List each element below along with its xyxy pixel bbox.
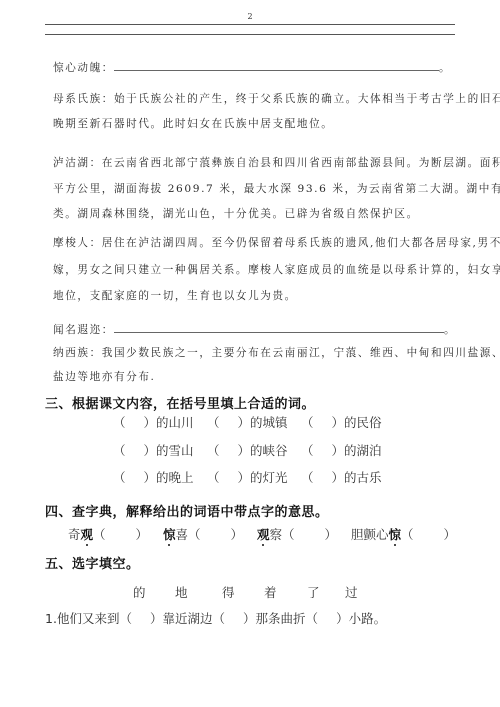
answer-blank[interactable] [114, 60, 439, 71]
close-paren: ） [332, 470, 345, 485]
close-paren: ） [336, 611, 349, 626]
fill-item: （）的雪山 [113, 441, 194, 459]
choice-char: 了 [307, 583, 320, 601]
vocab-jingxin-row: 惊心动魄：。 [53, 60, 451, 75]
vocab-term: 闻名遐迩： [53, 324, 114, 336]
choice-char: 地 [175, 583, 188, 601]
vocab-wenming-row: 闻名遐迩：。 [53, 322, 456, 337]
fill-item-text: 的湖泊 [344, 443, 382, 458]
open-paren: （ [282, 527, 295, 542]
question-text: 小路。 [349, 611, 387, 626]
vocab-luguhu-line3: 类。湖周森林围绕，湖光山色，十分优美。已辟为省级自然保护区。 [53, 206, 419, 221]
fill-item-text: 的民俗 [344, 415, 382, 430]
page-number: 2 [0, 12, 500, 21]
vocab-mosuo-line1: 摩梭人：居住在泸沽湖四周。至今仍保留着母系氏族的遗风,他们大都各居母家,男不娶,… [53, 235, 500, 250]
open-paren: （ [207, 470, 220, 485]
dotted-char: 惊 [389, 527, 402, 542]
open-paren: （ [207, 443, 220, 458]
close-paren: ） [231, 527, 244, 542]
word-part: 喜 [176, 527, 189, 542]
dotted-char: 观 [257, 527, 270, 542]
close-paren: ） [332, 443, 345, 458]
fill-item: （）的山川 [113, 413, 194, 431]
close-paren: ） [144, 470, 157, 485]
dict-item: 胆颤心惊（） [351, 525, 456, 543]
dotted-char: 观 [81, 527, 94, 542]
dict-item: 观察（） [257, 525, 337, 543]
choice-char: 过 [345, 583, 358, 601]
fill-item-text: 的雪山 [156, 443, 194, 458]
end-mark: 。 [439, 62, 451, 74]
fill-item-text: 的古乐 [344, 470, 382, 485]
fill-item: （）的城镇 [207, 413, 288, 431]
fill-item: （）的古乐 [301, 468, 382, 486]
dict-item: 惊喜（） [163, 525, 243, 543]
fill-item: （）的民俗 [301, 413, 382, 431]
open-paren: （ [93, 527, 106, 542]
close-paren: ） [243, 611, 256, 626]
close-paren: ） [325, 527, 338, 542]
choice-char: 得 [222, 583, 235, 601]
open-paren: （ [113, 470, 126, 485]
question-number: 1. [45, 611, 57, 626]
vocab-muxi-line2: 晚期至新石器时代。此时妇女在氏族中居支配地位。 [53, 116, 333, 131]
fill-item: （）的湖泊 [301, 441, 382, 459]
open-paren: （ [401, 527, 414, 542]
close-paren: ） [332, 415, 345, 430]
fill-item-text: 的城镇 [250, 415, 288, 430]
header-rule-bottom [45, 34, 455, 35]
vocab-naxi-line2: 盐边等地亦有分布. [53, 369, 156, 384]
open-paren: （ [301, 443, 314, 458]
open-paren: （ [301, 470, 314, 485]
fill-item-text: 的晚上 [156, 470, 194, 485]
question-text: 靠近湖边 [162, 611, 212, 626]
end-mark: 。 [444, 324, 456, 336]
close-paren: ） [144, 415, 157, 430]
fill-item-text: 的峡谷 [250, 443, 288, 458]
close-paren: ） [238, 443, 251, 458]
fill-item: （）的晚上 [113, 468, 194, 486]
open-paren: （ [113, 415, 126, 430]
vocab-mosuo-line3: 地位，支配家庭的一切，生育也以女儿为贵。 [53, 288, 297, 303]
close-paren: ） [150, 611, 163, 626]
word-part: 察 [270, 527, 283, 542]
vocab-naxi-line1: 纳西族：我国少数民族之一，主要分布在云南丽江，宁蒗、维西、中甸和四川盐源、木里、 [53, 345, 500, 360]
vocab-luguhu-line2: 平方公里，湖面海拔 2609.7 米，最大水深 93.6 米，为云南省第二大湖。… [53, 181, 500, 196]
open-paren: （ [188, 527, 201, 542]
word-part: 胆颤心 [351, 527, 389, 542]
vocab-mosuo-line2: 嫁，男女之间只建立一种偶居关系。摩梭人家庭成员的血统是以母系计算的，妇女享有崇高 [53, 262, 500, 277]
vocab-luguhu-line1: 泸沽湖：在云南省西北部宁蒗彝族自治县和四川省西南部盐源县间。为断层湖。面积 48… [53, 155, 500, 170]
close-paren: ） [238, 470, 251, 485]
choice-char: 着 [264, 583, 277, 601]
vocab-muxi-line1: 母系氏族：始于氏族公社的产生，终于父系氏族的确立。大体相当于考古学上的旧石器时代 [53, 91, 500, 106]
question-text: 那条曲折 [256, 611, 306, 626]
open-paren: （ [119, 611, 132, 626]
choice-char: 的 [133, 583, 146, 601]
close-paren: ） [136, 527, 149, 542]
word-part: 奇 [68, 527, 81, 542]
section3-grid: （）的山川 （）的城镇 （）的民俗 （）的雪山 （）的峡谷 （）的湖泊 （）的晚… [0, 413, 500, 493]
close-paren: ） [444, 527, 457, 542]
open-paren: （ [113, 443, 126, 458]
question-1: 1.他们又来到（）靠近湖边（）那条曲折（）小路。 [45, 609, 386, 627]
fill-item-text: 的山川 [156, 415, 194, 430]
section4-heading: 四、查字典，解释给出的词语中带点字的意思。 [45, 501, 329, 520]
fill-item-text: 的灯光 [250, 470, 288, 485]
dict-item: 奇观（） [68, 525, 148, 543]
dotted-char: 惊 [163, 527, 176, 542]
open-paren: （ [207, 415, 220, 430]
section3-heading: 三、根据课文内容，在括号里填上合适的词。 [45, 393, 315, 412]
open-paren: （ [213, 611, 226, 626]
close-paren: ） [238, 415, 251, 430]
fill-item: （）的峡谷 [207, 441, 288, 459]
section5-heading: 五、选字填空。 [45, 553, 140, 572]
vocab-term: 惊心动魄： [53, 62, 114, 74]
header-rule-top [45, 24, 455, 25]
open-paren: （ [306, 611, 319, 626]
fill-item: （）的灯光 [207, 468, 288, 486]
close-paren: ） [144, 443, 157, 458]
answer-blank[interactable] [114, 322, 444, 333]
question-text: 他们又来到 [57, 611, 120, 626]
open-paren: （ [301, 415, 314, 430]
